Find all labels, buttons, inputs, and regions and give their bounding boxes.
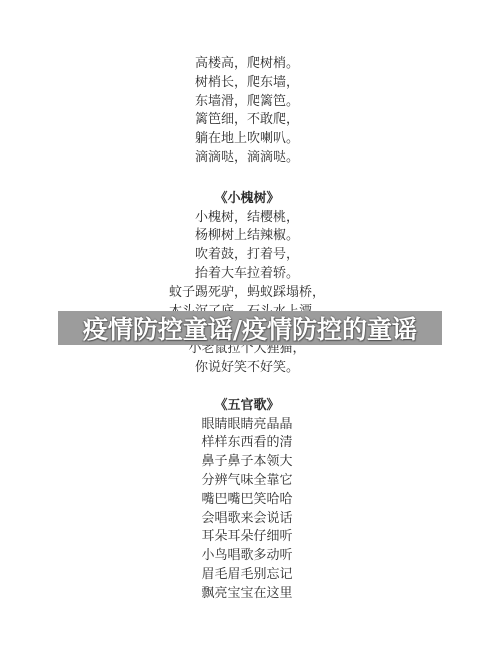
poem-line: 滴滴哒，滴滴哒。 <box>0 149 497 168</box>
poem-line: 篱笆细，不敢爬， <box>0 111 497 130</box>
poem-line: 高楼高，爬树梢。 <box>0 55 497 74</box>
poem-line: 会唱歌来会说话 <box>0 510 497 529</box>
poem-line: 眉毛眉毛别忘记 <box>0 566 497 585</box>
poem-line: 杨柳树上结辣椒。 <box>0 227 497 246</box>
document-page: 高楼高，爬树梢。 树梢长，爬东墙， 东墙滑，爬篱笆。 篱笆细，不敢爬， 躺在地上… <box>0 0 500 653</box>
poem-line: 飘亮宝宝在这里 <box>0 585 497 604</box>
poem-line: 东墙滑，爬篱笆。 <box>0 93 497 112</box>
poem-line: 鼻子鼻子本领大 <box>0 453 497 472</box>
poem-line: 眼睛眼睛亮晶晶 <box>0 416 497 435</box>
poem-line: 耳朵耳朵仔细听 <box>0 528 497 547</box>
poem-section-1: 高楼高，爬树梢。 树梢长，爬东墙， 东墙滑，爬篱笆。 篱笆细，不敢爬， 躺在地上… <box>0 55 497 168</box>
poem-title: 《小槐树》 <box>0 190 497 209</box>
poem-line: 分辨气味全靠它 <box>0 472 497 491</box>
poem-line: 小鸟唱歌多动听 <box>0 547 497 566</box>
poem-section-2: 《小槐树》 小槐树，结樱桃， 杨柳树上结辣椒。 吹着鼓，打着号， 抬着大车拉着轿… <box>0 190 497 378</box>
poem-line: 吹着鼓，打着号， <box>0 246 497 265</box>
poem-line: 你说好笑不好笑。 <box>0 359 497 378</box>
poem-line: 躺在地上吹喇叭。 <box>0 130 497 149</box>
poem-title: 《五官歌》 <box>0 397 497 416</box>
poem-line: 抬着大车拉着轿。 <box>0 265 497 284</box>
poem-line: 样样东西看的清 <box>0 434 497 453</box>
poem-line: 嘴巴嘴巴笑哈哈 <box>0 491 497 510</box>
poem-line: 小槐树，结樱桃， <box>0 209 497 228</box>
poem-section-3: 《五官歌》 眼睛眼睛亮晶晶 样样东西看的清 鼻子鼻子本领大 分辨气味全靠它 嘴巴… <box>0 397 497 604</box>
caption-overlay-band: 疫情防控童谣/疫情防控的童谣 <box>58 311 442 345</box>
poem-line: 树梢长，爬东墙， <box>0 74 497 93</box>
caption-overlay-title: 疫情防控童谣/疫情防控的童谣 <box>83 310 417 346</box>
poem-line: 蚊子踢死驴，蚂蚁踩塌桥， <box>0 284 497 303</box>
